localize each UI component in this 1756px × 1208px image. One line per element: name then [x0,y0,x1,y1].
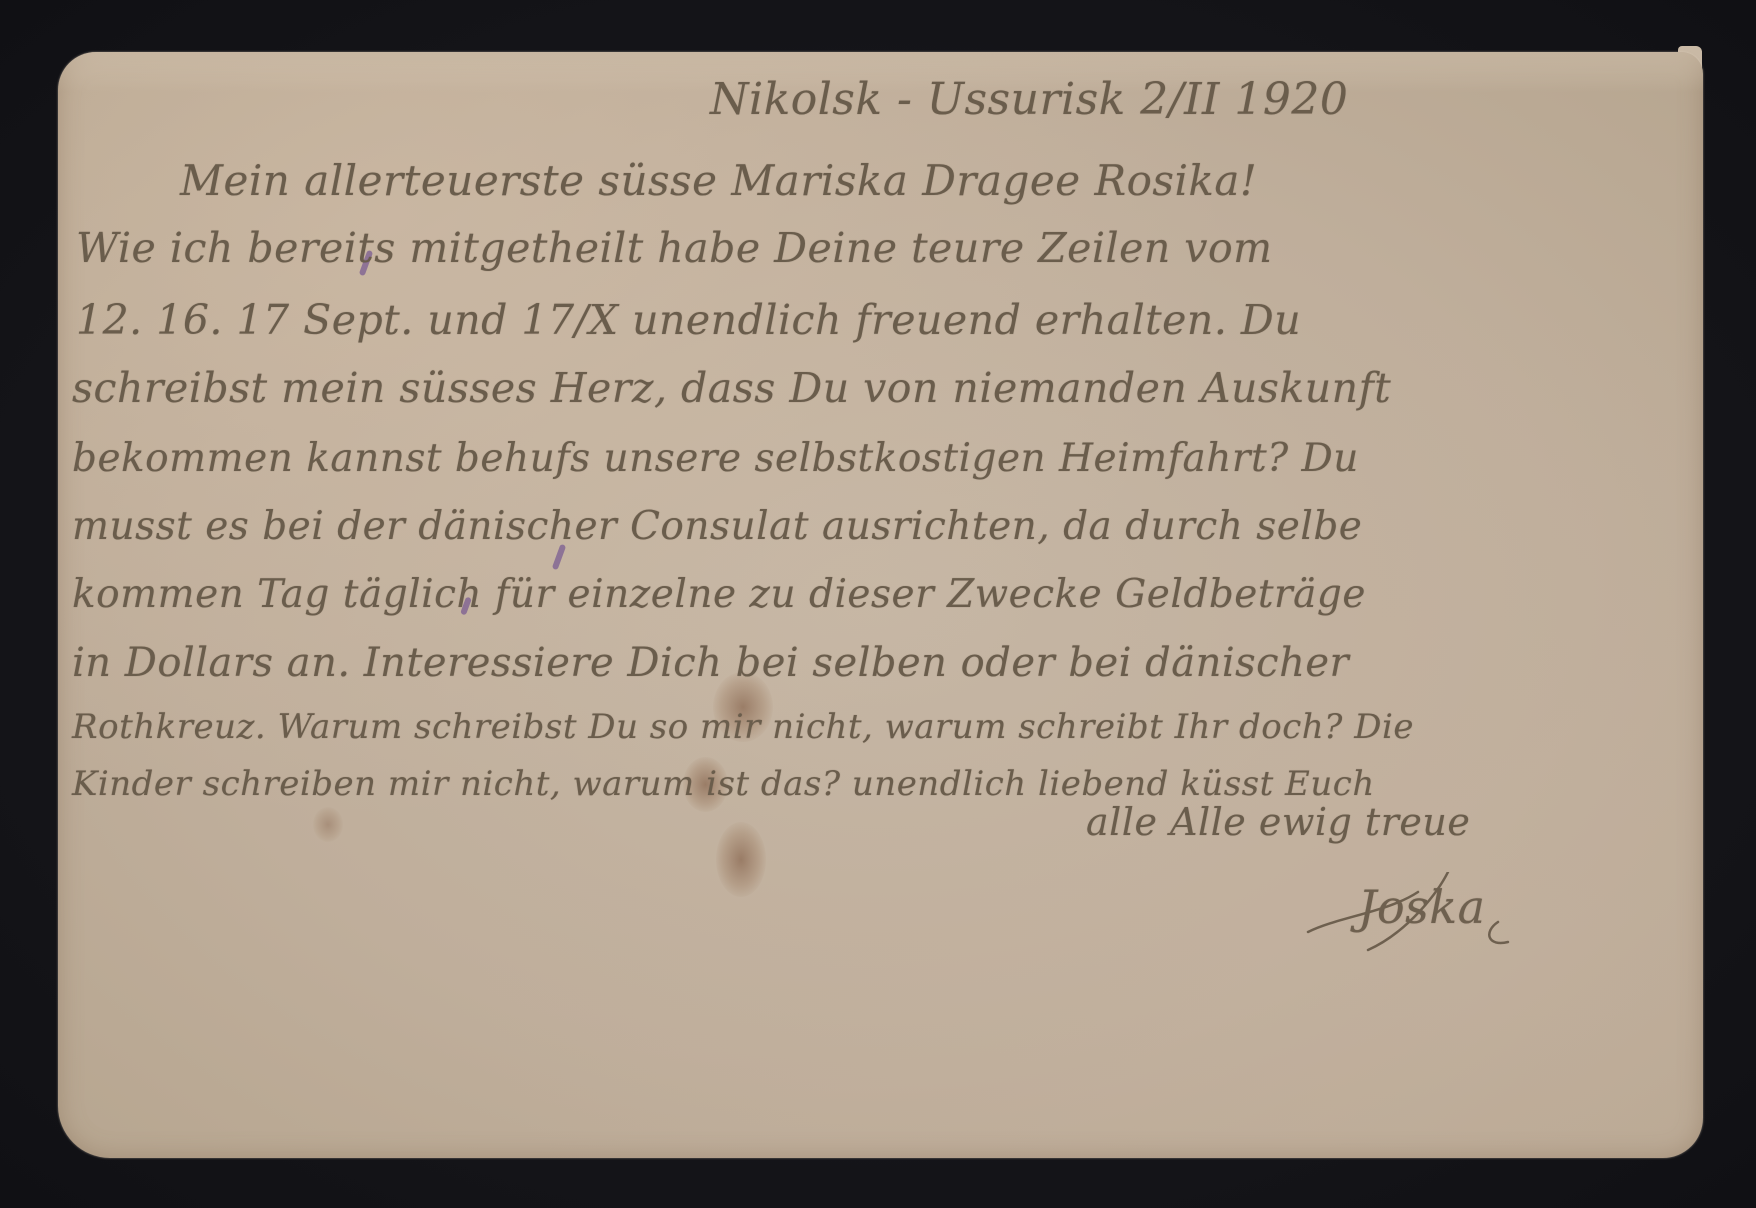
letter-line-4: schreibst mein süsses Herz, dass Du von … [72,364,1391,412]
letter-line-6: musst es bei der dänischer Consulat ausr… [72,504,1362,549]
closing-text: alle Alle ewig treue [1086,800,1470,844]
signature-flourish [1298,872,1518,952]
ink-stain [313,807,343,842]
letter-line-8: in Dollars an. Interessiere Dich bei sel… [72,640,1349,686]
letter-line-3: 12. 16. 17 Sept. und 17/X unendlich freu… [76,296,1301,344]
letter-line-5: bekommen kannst behufs unsere selbstkost… [72,436,1359,481]
postcard: Nikolsk - Ussurisk 2/II 1920 Mein allert… [58,52,1703,1158]
letter-line-9: Rothkreuz. Warum schreibst Du so mir nic… [72,707,1414,747]
letter-line-7: kommen Tag täglich für einzelne zu diese… [72,572,1366,617]
letter-line-10: Kinder schreiben mir nicht, warum ist da… [72,764,1375,804]
ink-stain [716,822,766,897]
place-date-header: Nikolsk - Ussurisk 2/II 1920 [710,74,1348,125]
letter-line-1: Mein allerteuerste süsse Mariska Dragee … [180,156,1257,205]
letter-line-2: Wie ich bereits mitgetheilt habe Deine t… [76,224,1273,272]
